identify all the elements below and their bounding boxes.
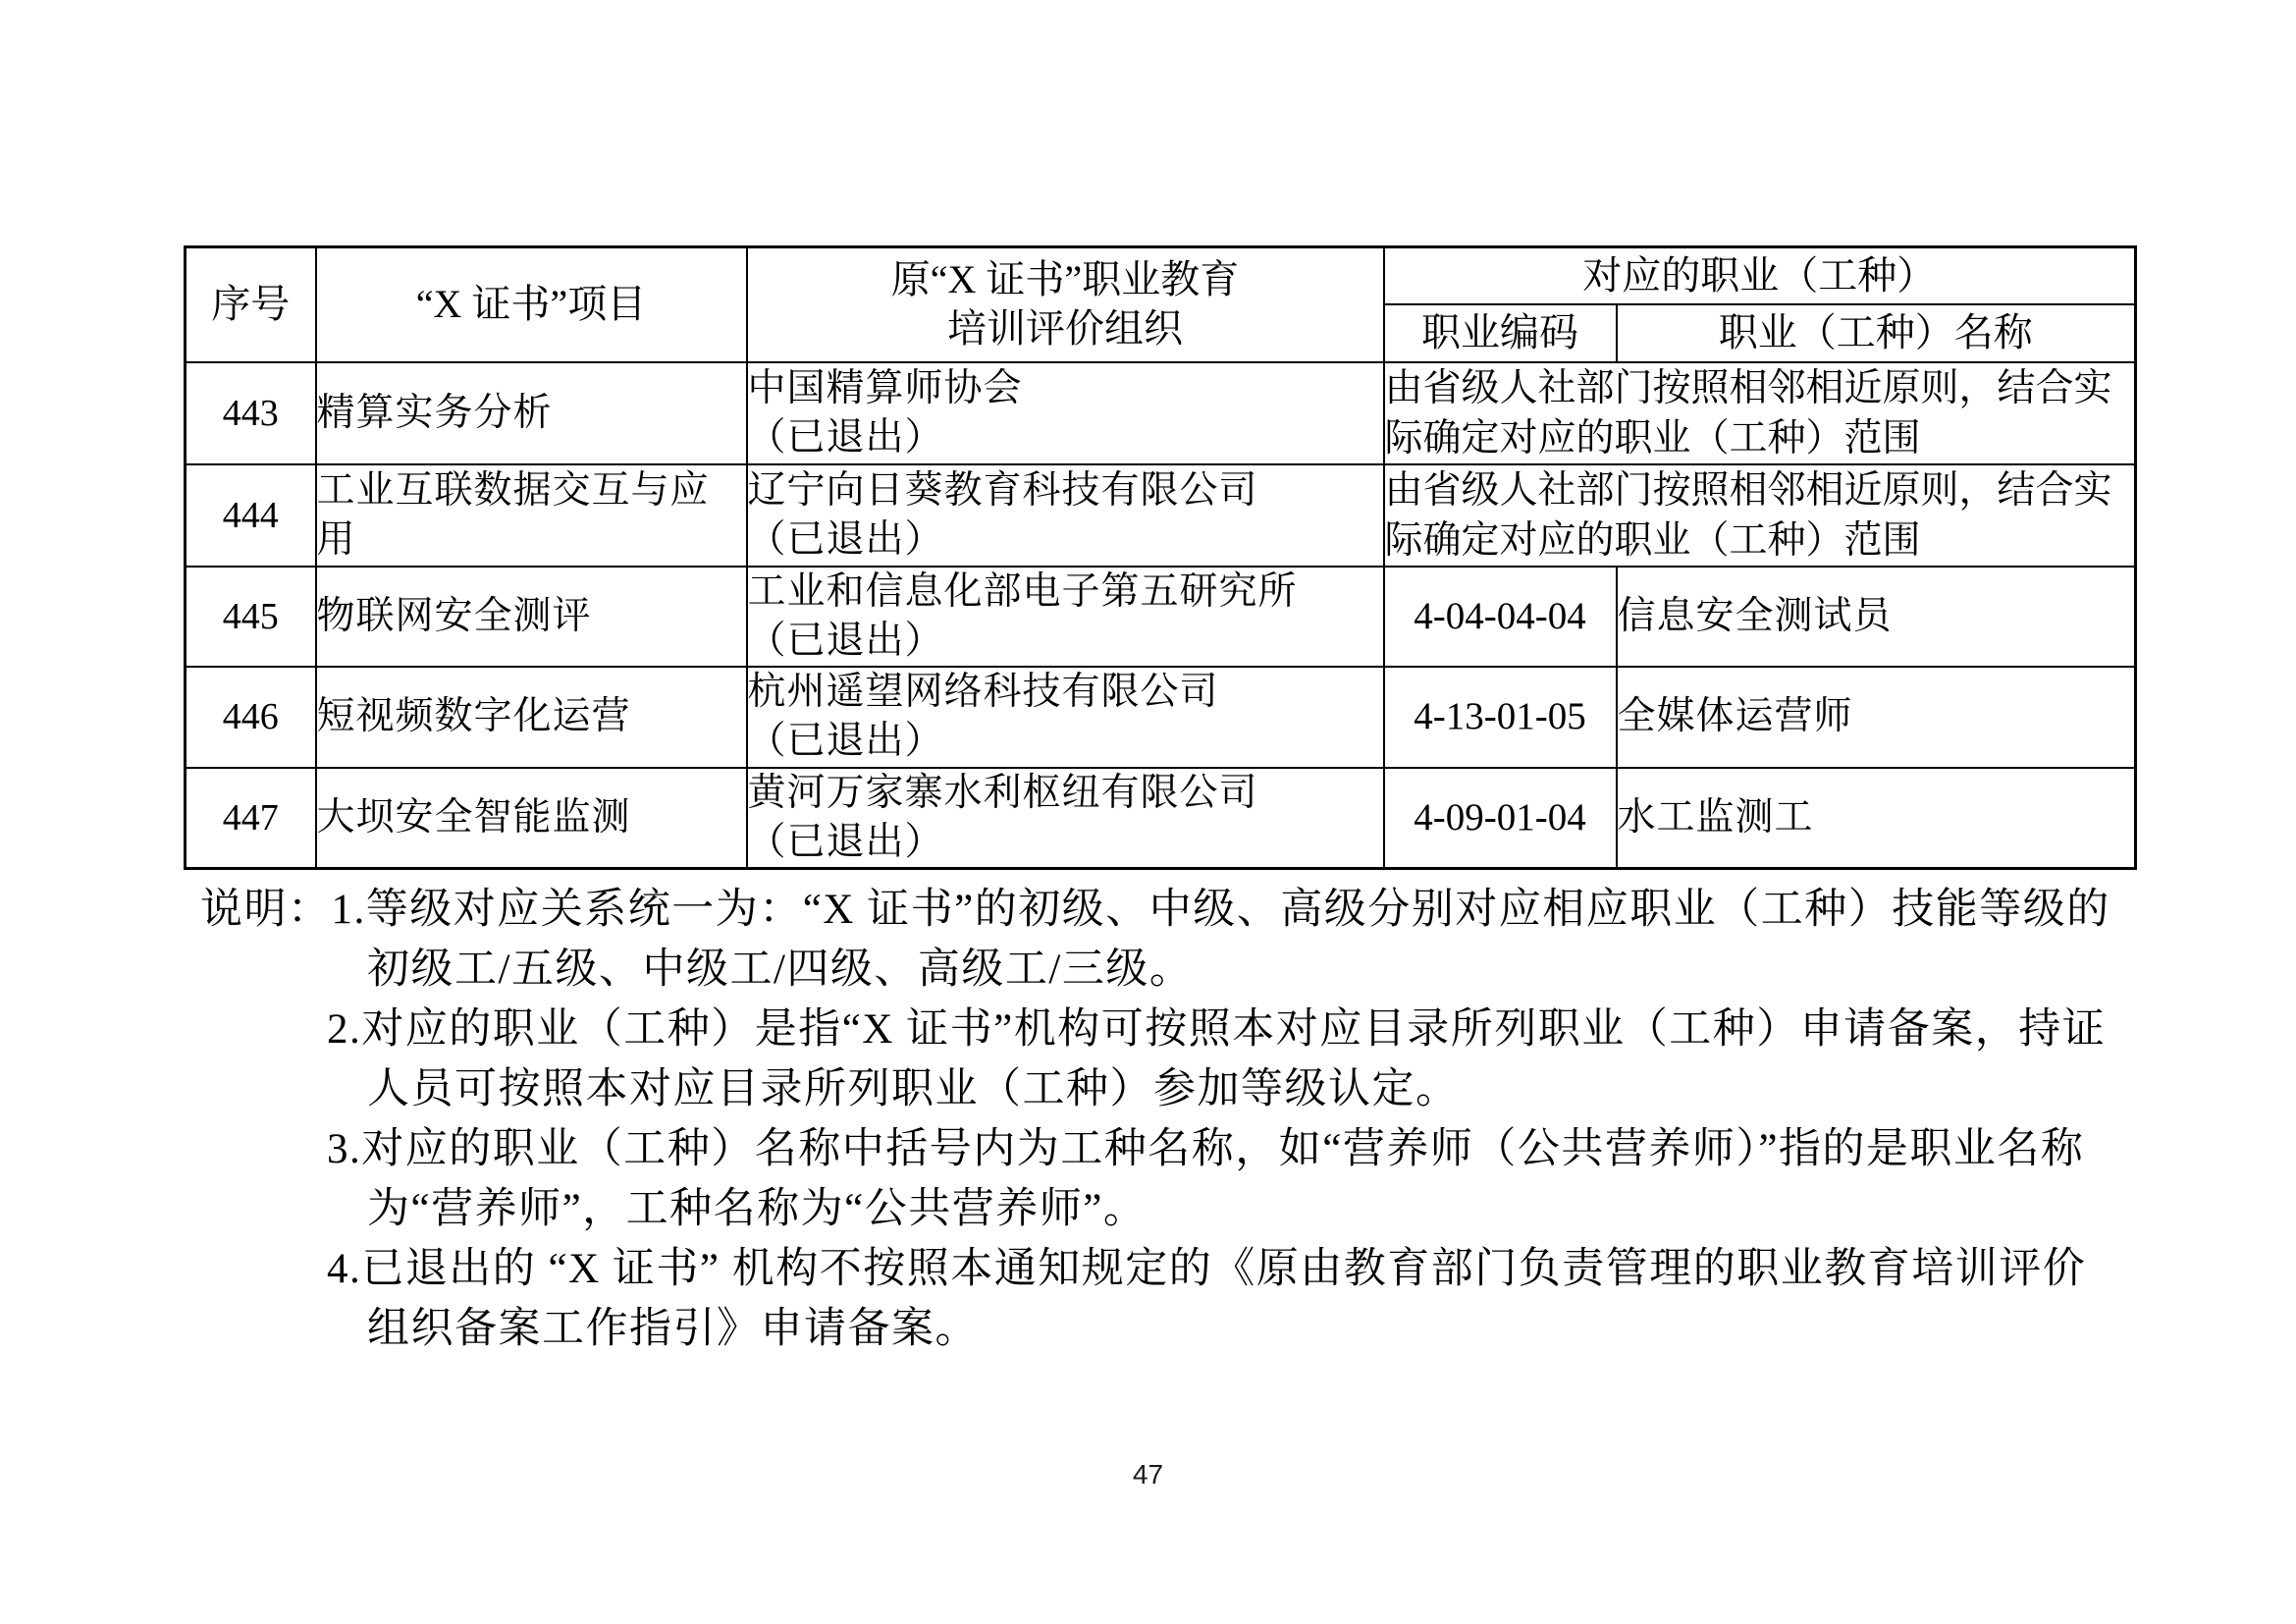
note-line-8: 组织备案工作指引》申请备案。 [0, 1299, 2296, 1359]
table-row: 443 精算实务分析 中国精算师协会 （已退出） 由省级人社部门按照相邻相近原则… [186, 362, 2136, 464]
cell-seq: 447 [186, 768, 316, 869]
cell-seq: 444 [186, 464, 316, 567]
org-name: 中国精算师协会 [748, 364, 1383, 413]
org-status: （已退出） [748, 818, 1383, 867]
org-name: 黄河万家寨水利枢纽有限公司 [748, 769, 1383, 818]
cell-project: 工业互联数据交互与应用 [316, 464, 747, 567]
note-line-2: 初级工/五级、中级工/四级、高级工/三级。 [0, 940, 2296, 1000]
cell-seq: 446 [186, 667, 316, 768]
table-row: 446 短视频数字化运营 杭州遥望网络科技有限公司 （已退出） 4-13-01-… [186, 667, 2136, 768]
org-status: （已退出） [748, 515, 1383, 565]
table-row: 447 大坝安全智能监测 黄河万家寨水利枢纽有限公司 （已退出） 4-09-01… [186, 768, 2136, 869]
cell-occupation-code: 4-09-01-04 [1384, 768, 1617, 869]
cell-org: 工业和信息化部电子第五研究所 （已退出） [747, 567, 1384, 667]
org-status: （已退出） [748, 717, 1383, 766]
header-org: 原“X 证书”职业教育 培训评价组织 [747, 247, 1384, 362]
table-header-row-1: 序号 “X 证书”项目 原“X 证书”职业教育 培训评价组织 对应的职业（工种） [186, 247, 2136, 304]
table-row: 445 物联网安全测评 工业和信息化部电子第五研究所 （已退出） 4-04-04… [186, 567, 2136, 667]
note-line-5: 3.对应的职业（工种）名称中括号内为工种名称，如“营养师（公共营养师）”指的是职… [0, 1119, 2296, 1179]
page-number: 47 [0, 1459, 2296, 1490]
certificate-table: 序号 “X 证书”项目 原“X 证书”职业教育 培训评价组织 对应的职业（工种）… [184, 245, 2137, 870]
cell-org: 辽宁向日葵教育科技有限公司 （已退出） [747, 464, 1384, 567]
table-row: 444 工业互联数据交互与应用 辽宁向日葵教育科技有限公司 （已退出） 由省级人… [186, 464, 2136, 567]
note-line-7: 4.已退出的 “X 证书” 机构不按照本通知规定的《原由教育部门负责管理的职业教… [0, 1239, 2296, 1299]
header-seq: 序号 [186, 247, 316, 362]
cell-occupation-name: 全媒体运营师 [1617, 667, 2136, 768]
cell-seq: 443 [186, 362, 316, 464]
cell-occupation-note: 由省级人社部门按照相邻相近原则，结合实际确定对应的职业（工种）范围 [1384, 362, 2136, 464]
cell-occupation-name: 信息安全测试员 [1617, 567, 2136, 667]
header-org-line1: 原“X 证书”职业教育 [748, 255, 1383, 304]
cell-project: 大坝安全智能监测 [316, 768, 747, 869]
notes-section: 说明：1.等级对应关系统一为：“X 证书”的初级、中级、高级分别对应相应职业（工… [0, 880, 2296, 1359]
cell-occupation-code: 4-04-04-04 [1384, 567, 1617, 667]
cell-occupation-note: 由省级人社部门按照相邻相近原则，结合实际确定对应的职业（工种）范围 [1384, 464, 2136, 567]
cell-occupation-name: 水工监测工 [1617, 768, 2136, 869]
cell-occupation-code: 4-13-01-05 [1384, 667, 1617, 768]
cell-org: 中国精算师协会 （已退出） [747, 362, 1384, 464]
org-status: （已退出） [748, 413, 1383, 462]
org-name: 杭州遥望网络科技有限公司 [748, 668, 1383, 717]
header-project: “X 证书”项目 [316, 247, 747, 362]
note-line-1: 说明：1.等级对应关系统一为：“X 证书”的初级、中级、高级分别对应相应职业（工… [0, 880, 2296, 940]
document-page: { "page": { "number": "47" }, "table": {… [0, 0, 2296, 1624]
note-line-4: 人员可按照本对应目录所列职业（工种）参加等级认定。 [0, 1059, 2296, 1119]
cell-seq: 445 [186, 567, 316, 667]
header-org-line2: 培训评价组织 [748, 304, 1383, 353]
cell-project: 短视频数字化运营 [316, 667, 747, 768]
org-status: （已退出） [748, 617, 1383, 666]
cell-org: 杭州遥望网络科技有限公司 （已退出） [747, 667, 1384, 768]
header-occupation-code: 职业编码 [1384, 304, 1617, 362]
note-line-3: 2.对应的职业（工种）是指“X 证书”机构可按照本对应目录所列职业（工种）申请备… [0, 1000, 2296, 1059]
org-name: 工业和信息化部电子第五研究所 [748, 568, 1383, 617]
org-name: 辽宁向日葵教育科技有限公司 [748, 466, 1383, 515]
header-occupation-name: 职业（工种）名称 [1617, 304, 2136, 362]
cell-org: 黄河万家寨水利枢纽有限公司 （已退出） [747, 768, 1384, 869]
header-occupation-group: 对应的职业（工种） [1384, 247, 2136, 304]
note-line-6: 为“营养师”，工种名称为“公共营养师”。 [0, 1179, 2296, 1239]
cell-project: 物联网安全测评 [316, 567, 747, 667]
cell-project: 精算实务分析 [316, 362, 747, 464]
